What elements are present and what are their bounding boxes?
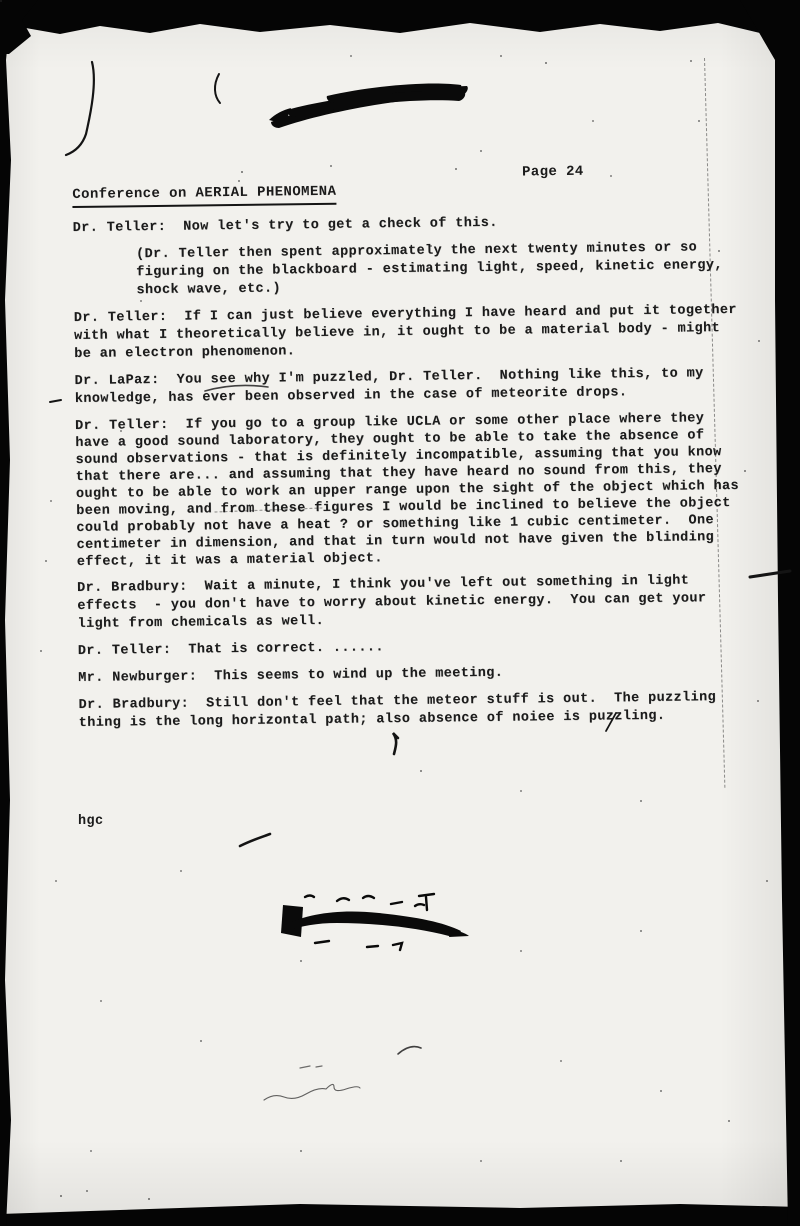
page-title: Conference on AERIAL PHENOMENA [72,184,336,208]
transcript-paragraph-teller-4: Dr. Teller: That is correct. ...... [78,635,768,661]
crossed-out-classification-stamp-icon [275,885,475,960]
scan-edge-left [0,0,12,1226]
scan-edge-top [0,0,800,40]
transcript-paragraph-stage-note: (Dr. Teller then spent approximately the… [136,239,764,301]
obliterated-ink-stamp-top-icon [265,78,485,138]
typist-initials: hgc [78,814,104,829]
transcript-paragraph-newburger-1: Mr. Newburger: This seems to wind up the… [78,662,768,688]
transcript-paragraph-bradbury-2: Dr. Bradbury: Still don't feel that the … [78,689,768,733]
typed-content: Page 24 Conference on AERIAL PHENOMENA D… [72,162,762,170]
scan-edge-bottom [0,1198,800,1226]
transcript-line: Dr. Teller: That is correct. ...... [78,635,768,661]
scanned-document-page: Page 24 Conference on AERIAL PHENOMENA D… [0,0,800,1226]
transcript-paragraph-bradbury-1: Dr. Bradbury: Wait a minute, I think you… [77,572,768,634]
transcript-paragraph-teller-3: Dr. Teller: If you go to a group like UC… [75,410,767,571]
transcript: Dr. Teller: Now let's try to get a check… [73,212,769,742]
transcript-paragraph-teller-2: Dr. Teller: If I can just believe everyt… [74,302,765,364]
transcript-paragraph-lapaz-1: Dr. LaPaz: You see why I'm puzzled, Dr. … [74,365,764,409]
transcript-line: Dr. Teller: Now let's try to get a check… [73,212,763,238]
transcript-line: Mr. Newburger: This seems to wind up the… [78,662,768,688]
transcript-paragraph-teller-1: Dr. Teller: Now let's try to get a check… [73,212,763,238]
page-number: Page 24 [522,164,584,181]
scan-noise-speckles [0,0,2,2]
